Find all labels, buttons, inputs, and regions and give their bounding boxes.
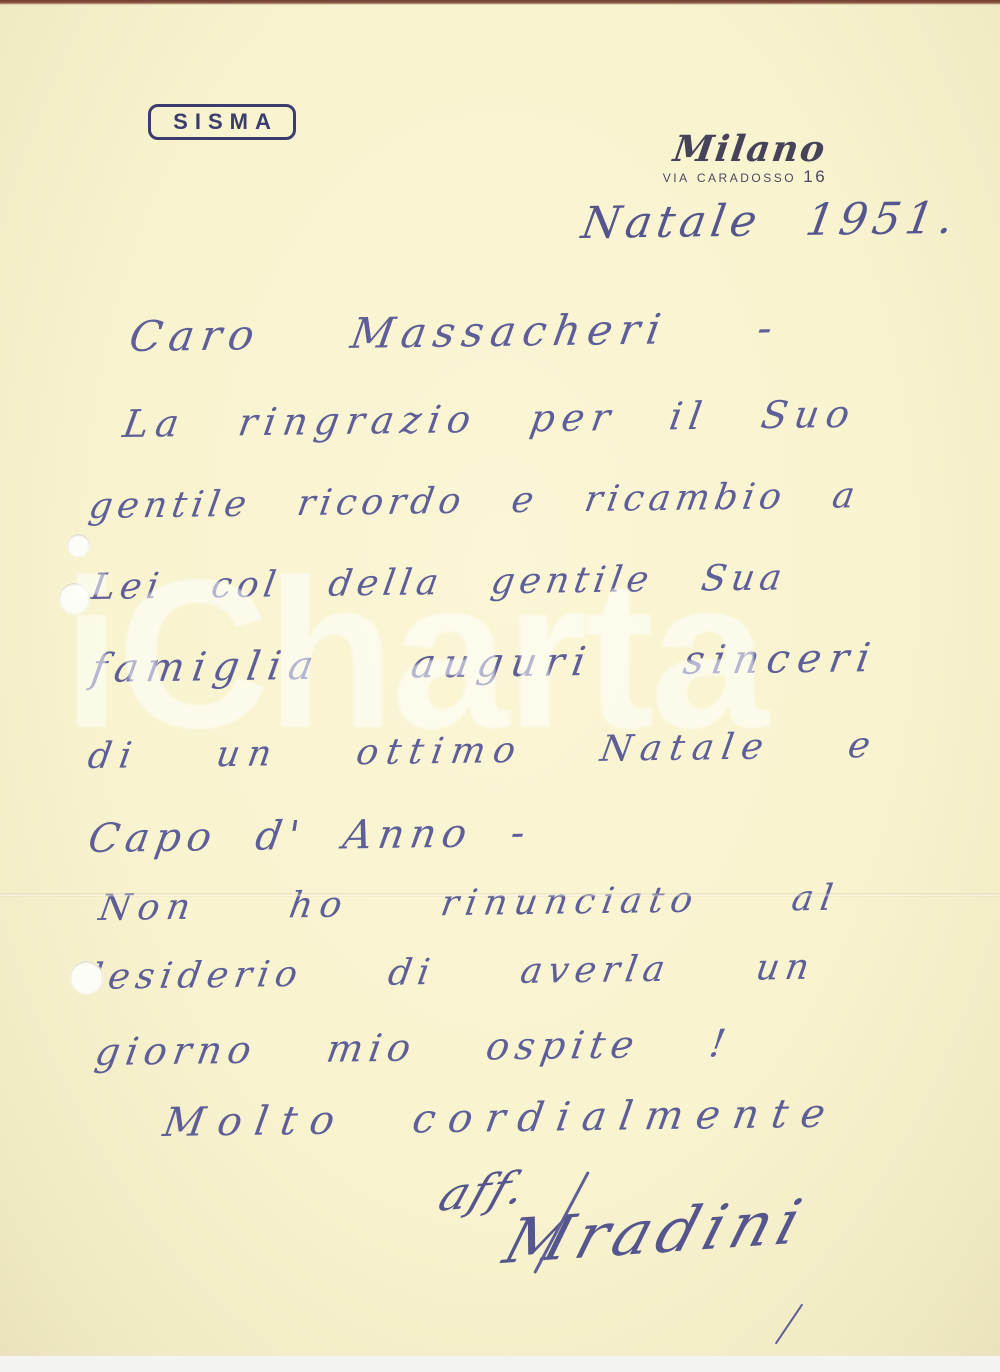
punch-hole: [59, 583, 90, 614]
sisma-logo-text: SISMA: [166, 111, 278, 133]
handwritten-line: Non ho rinunciato al: [96, 878, 842, 929]
handwritten-line: giorno mio ospite !: [92, 1021, 735, 1074]
paper-top-edge: [0, 0, 1000, 5]
fold-crease: [0, 893, 1000, 897]
handwritten-line: Lei col della gentile Sua: [88, 557, 790, 608]
scanner-background: [0, 1356, 1000, 1372]
handwritten-line: gentile ricordo e ricambio a: [86, 475, 863, 527]
letterhead-address: Via Caradosso 16: [630, 167, 860, 187]
handwritten-date: Natale 1951.: [578, 193, 962, 249]
handwritten-line: La ringrazio per il Suo: [120, 392, 860, 446]
handwritten-line: di un ottimo Natale e: [85, 725, 881, 777]
signature-descender-stroke: [775, 1304, 803, 1345]
letterhead-city: Milano: [647, 128, 853, 170]
handwritten-signature: Mradini: [496, 1185, 815, 1278]
punch-hole: [67, 534, 90, 557]
sisma-logo: SISMA: [148, 104, 296, 140]
punch-hole: [70, 961, 103, 994]
letter-paper: SISMA Milano Via Caradosso 16 Natale 195…: [0, 0, 1000, 1356]
handwritten-salutation: Caro Massacheri -: [126, 303, 783, 361]
handwritten-closing: Molto cordialmente: [160, 1091, 842, 1146]
handwritten-line: famiglia auguri sinceri: [88, 635, 881, 692]
handwritten-line: Capo d' Anno -: [85, 810, 534, 862]
handwritten-line: desiderio di averla un: [76, 947, 818, 998]
